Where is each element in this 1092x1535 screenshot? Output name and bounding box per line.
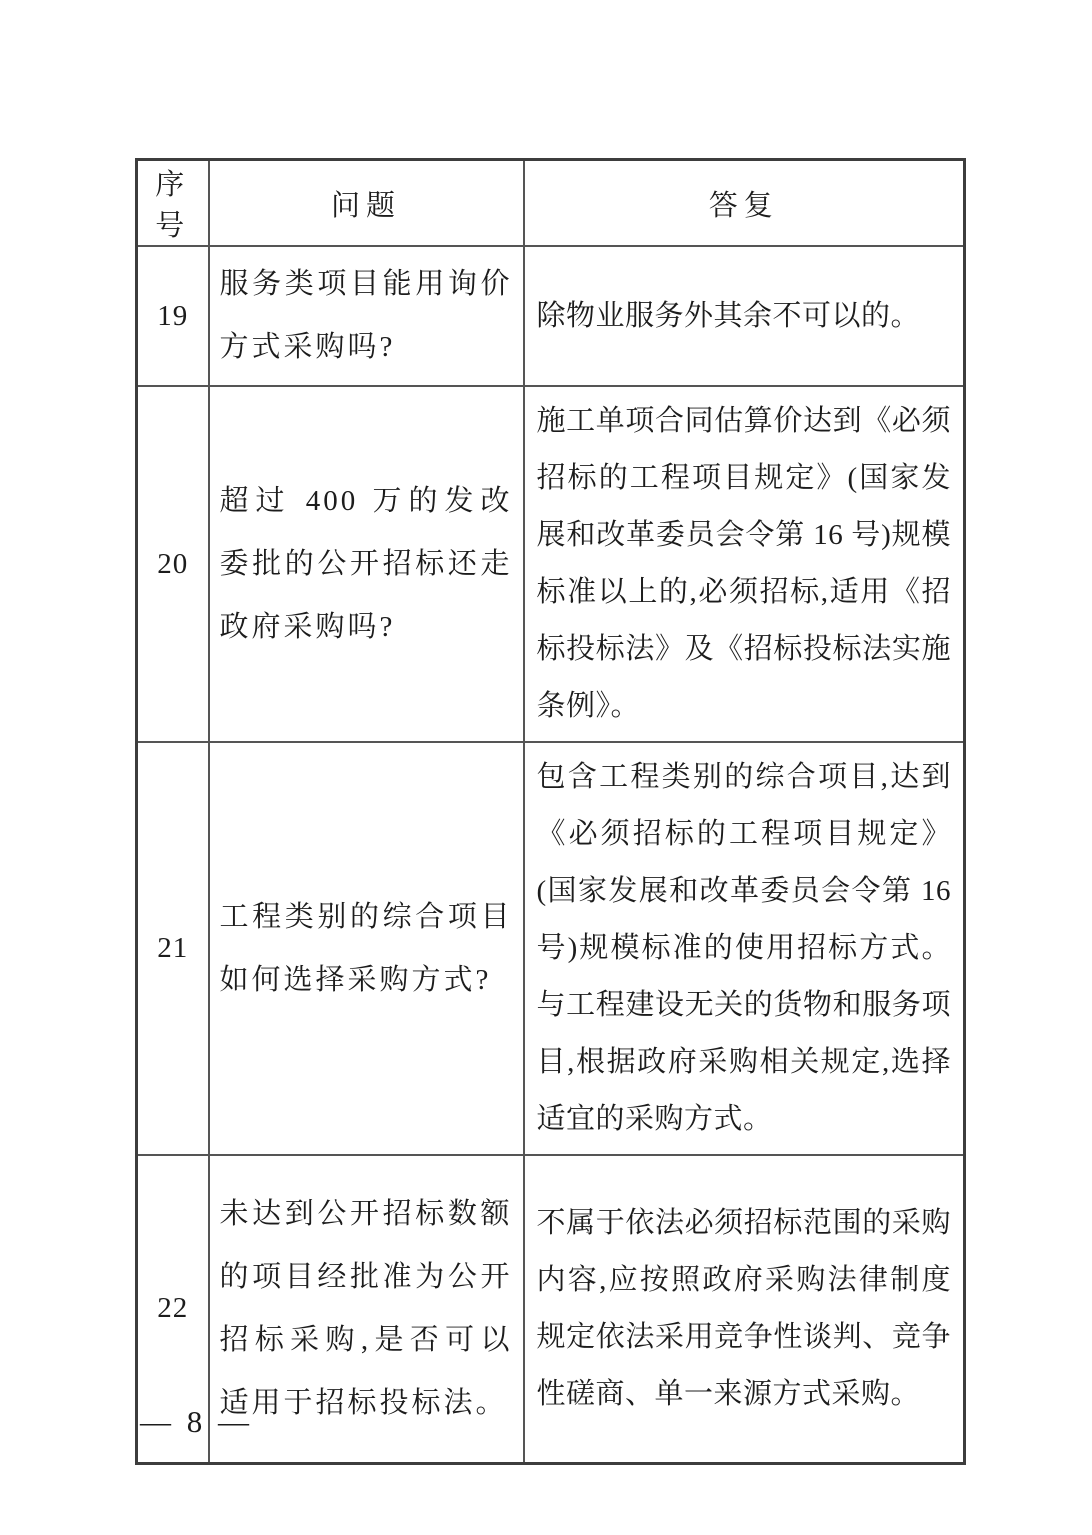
- table-header-row: 序号 问题 答复: [137, 160, 965, 247]
- row-number-cell: 21: [137, 742, 209, 1155]
- table-row: 20 超过 400 万的发改委批的公开招标还走政府采购吗? 施工单项合同估算价达…: [137, 386, 965, 742]
- table-row: 19 服务类项目能用询价方式采购吗? 除物业服务外其余不可以的。: [137, 246, 965, 386]
- header-question: 问题: [209, 160, 524, 247]
- answer-cell: 不属于依法必须招标范围的采购内容,应按照政府采购法律制度规定依法采用竞争性谈判、…: [524, 1155, 965, 1463]
- page-number: — 8 —: [140, 1404, 253, 1440]
- question-cell: 未达到公开招标数额的项目经批准为公开招标采购,是否可以适用于招标投标法。: [209, 1155, 524, 1463]
- row-number-cell: 19: [137, 246, 209, 386]
- table-row: 21 工程类别的综合项目如何选择采购方式? 包含工程类别的综合项目,达到《必须招…: [137, 742, 965, 1155]
- answer-cell: 包含工程类别的综合项目,达到《必须招标的工程项目规定》(国家发展和改革委员会令第…: [524, 742, 965, 1155]
- answer-cell: 施工单项合同估算价达到《必须招标的工程项目规定》(国家发展和改革委员会令第 16…: [524, 386, 965, 742]
- answer-cell: 除物业服务外其余不可以的。: [524, 246, 965, 386]
- document-page: 序号 问题 答复 19 服务类项目能用询价方式采购吗? 除物业服务外其余不可以的…: [0, 0, 1092, 1535]
- question-cell: 超过 400 万的发改委批的公开招标还走政府采购吗?: [209, 386, 524, 742]
- faq-table: 序号 问题 答复 19 服务类项目能用询价方式采购吗? 除物业服务外其余不可以的…: [135, 158, 966, 1465]
- header-serial-number: 序号: [137, 160, 209, 247]
- question-cell: 服务类项目能用询价方式采购吗?: [209, 246, 524, 386]
- question-cell: 工程类别的综合项目如何选择采购方式?: [209, 742, 524, 1155]
- table-row: 22 未达到公开招标数额的项目经批准为公开招标采购,是否可以适用于招标投标法。 …: [137, 1155, 965, 1463]
- header-answer: 答复: [524, 160, 965, 247]
- row-number-cell: 20: [137, 386, 209, 742]
